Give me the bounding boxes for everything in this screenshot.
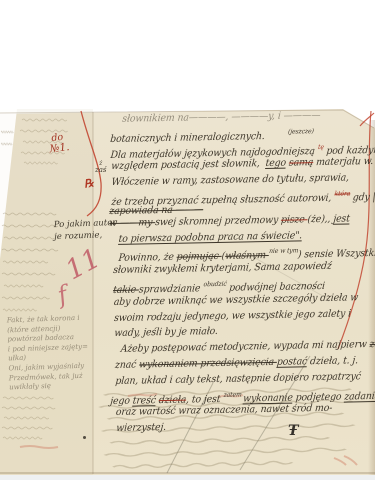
ink-dot [83, 436, 86, 439]
manuscript-segment: (jeszcze) [288, 127, 315, 136]
manuscript-segment: jest [333, 213, 351, 224]
manuscript-segment: słownikiem na————, ————y, i ———— [122, 110, 321, 125]
manuscript-segment: znać [114, 359, 139, 370]
manuscript-segment: dzieła, t. j. [307, 355, 359, 367]
insert-word: zaś [95, 166, 106, 174]
scan-bottom-gap [0, 475, 375, 480]
manuscript-segment: materjału w. [313, 156, 374, 168]
manuscript-segment: (że),, [307, 214, 334, 226]
manuscript-segment: samą [288, 158, 313, 169]
t-mark: Ŧ [288, 423, 298, 439]
pencil-note-block: Fakt, że tak korona i(które attencji)pow… [7, 314, 90, 394]
manuscript-segment: wierzystej. [116, 422, 167, 434]
margin-note-dark: Po jakim autorje rozumie, [54, 218, 117, 243]
manuscript-segment: zatem [223, 390, 244, 398]
manuscript-segment: tego [265, 158, 286, 169]
manuscript-segment: swej skromnej przedmowy [155, 215, 282, 228]
red-reference-note: do №1. [51, 131, 71, 155]
manuscript-segment: aby dobrze wniknąć we wszystkie szczegół… [113, 292, 358, 308]
manuscript-segment: względem postacią jest słownik, [111, 158, 266, 172]
manuscript-segment: wykonaniem przedsięwzięcia [139, 357, 278, 371]
main-text: słownikiem na————, ————y, i ————botanicz… [111, 107, 375, 437]
manuscript-scan: do №1. ż zaś ℞ Po jakim autorje rozumie,… [0, 0, 375, 480]
note-line: Po jakim autor [54, 218, 117, 232]
manuscript-segment: wady, jeśli by je miało. [114, 326, 219, 339]
manuscript-segment: plan, układ i cały tekst, następnie dopi… [115, 371, 362, 387]
manuscript-segment: nie w tym [269, 247, 299, 256]
manuscript-segment: pisze [280, 214, 308, 226]
manuscript-segment: to pierwsza podobna praca na świecie". [118, 230, 303, 245]
margin-insert-zas: ż zaś [95, 160, 106, 174]
manuscript-segment: w ——my [109, 217, 156, 229]
manuscript-segment: obudzić [203, 280, 227, 288]
red-insert-mark: ℞ [83, 176, 95, 190]
manuscript-segment: która [334, 189, 351, 197]
manuscript-segment: za— [369, 339, 375, 350]
manuscript-segment: Ażeby postępować metodycznie, wypada mi … [120, 339, 370, 355]
manuscript-segment: Włóczenie w ramy, zastosowane do tytułu,… [111, 173, 349, 189]
manuscript-segment: oraz wartość wraz oznaczenia, nawet śród… [115, 403, 332, 418]
manuscript-segment: postać [276, 356, 307, 368]
manuscript-segment: słowniki zwykłemi kryterjami, Sama zapow… [113, 261, 332, 276]
